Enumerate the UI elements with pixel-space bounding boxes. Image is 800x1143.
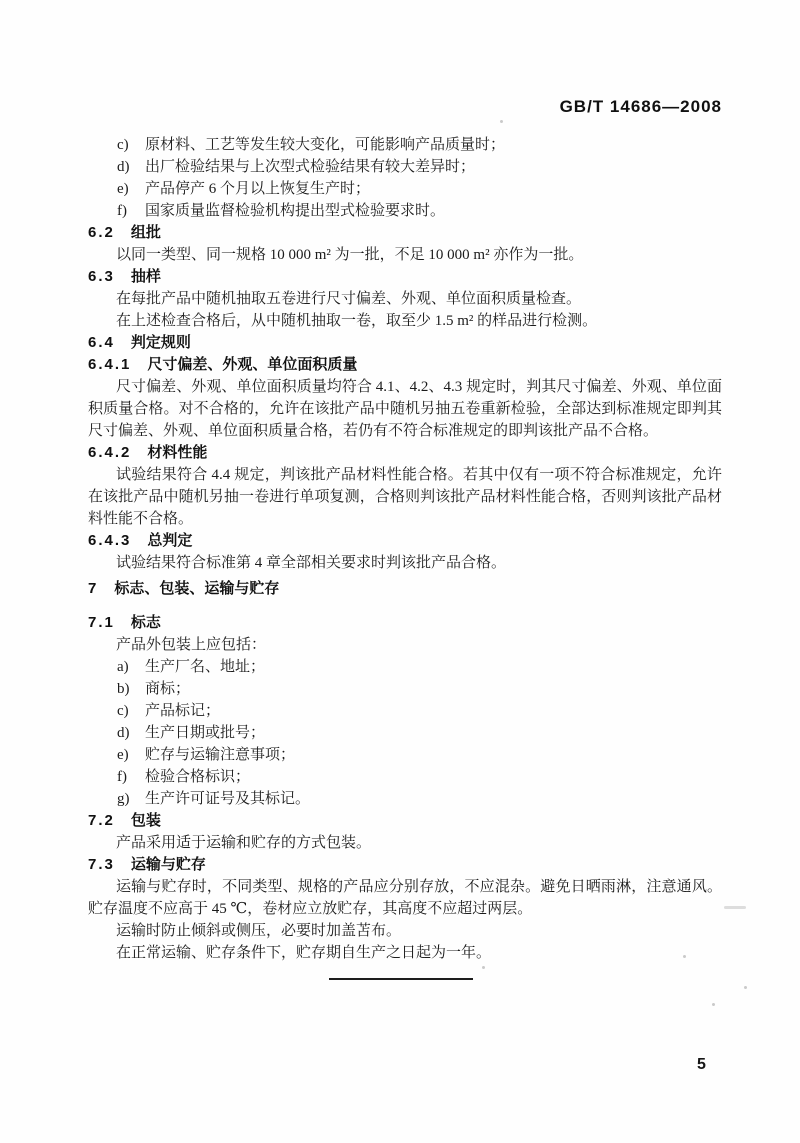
paragraph: 试验结果符合标准第 4 章全部相关要求时判该批产品合格。 (88, 552, 722, 574)
list-marker: c) (117, 700, 145, 722)
section-number: 6.2 (88, 222, 115, 244)
list-item-text: 检验合格标识； (145, 769, 250, 785)
section-title: 包装 (131, 812, 161, 829)
list-marker: b) (117, 678, 145, 700)
list-marker: d) (117, 722, 145, 744)
list-marker: g) (117, 788, 145, 810)
list-item: a)生产厂名、地址； (88, 656, 722, 678)
list-item-text: 出厂检验结果与上次型式检验结果有较大差异时； (145, 159, 475, 175)
page-header: GB/T 14686—2008 (88, 97, 722, 117)
section-heading-7-2: 7.2包装 (88, 810, 722, 832)
section-title: 判定规则 (131, 334, 191, 351)
scan-speck (744, 986, 747, 989)
list-item-text: 生产许可证号及其标记。 (145, 791, 310, 807)
list-item: f)检验合格标识； (88, 766, 722, 788)
section-number: 7.2 (88, 810, 115, 832)
section-number: 7.3 (88, 854, 115, 876)
paragraph: 试验结果符合 4.4 规定，判该批产品材料性能合格。若其中仅有一项不符合标准规定… (88, 464, 722, 530)
section-heading-7-3: 7.3运输与贮存 (88, 854, 722, 876)
section-heading-7: 7标志、包装、运输与贮存 (88, 578, 722, 600)
list-marker: f) (117, 200, 145, 222)
list-marker: e) (117, 744, 145, 766)
scan-speck (172, 251, 175, 254)
scan-speck (712, 1003, 715, 1006)
paragraph: 尺寸偏差、外观、单位面积质量均符合 4.1、4.2、4.3 规定时，判其尺寸偏差… (88, 376, 722, 442)
list-item-text: 国家质量监督检验机构提出型式检验要求时。 (145, 203, 445, 219)
section-number: 7.1 (88, 612, 115, 634)
paragraph: 在每批产品中随机抽取五卷进行尺寸偏差、外观、单位面积质量检查。 (88, 288, 722, 310)
list-item: f)国家质量监督检验机构提出型式检验要求时。 (88, 200, 722, 222)
list-item-text: 产品标记； (145, 703, 220, 719)
section-title: 总判定 (147, 532, 192, 549)
paragraph: 运输与贮存时，不同类型、规格的产品应分别存放，不应混杂。避免日晒雨淋，注意通风。… (88, 876, 722, 920)
section-number: 6.4.3 (88, 530, 131, 552)
list-marker: e) (117, 178, 145, 200)
section-title: 组批 (131, 224, 161, 241)
section-heading-6-4-3: 6.4.3总判定 (88, 530, 722, 552)
scan-speck (683, 955, 686, 958)
section-title: 标志、包装、运输与贮存 (114, 580, 279, 597)
list-item-text: 商标； (145, 681, 190, 697)
list-marker: f) (117, 766, 145, 788)
list-item: d)出厂检验结果与上次型式检验结果有较大差异时； (88, 156, 722, 178)
section-heading-6-2: 6.2组批 (88, 222, 722, 244)
list-item-text: 生产厂名、地址； (145, 659, 265, 675)
scan-smudge (724, 906, 746, 909)
section-title: 尺寸偏差、外观、单位面积质量 (147, 356, 357, 373)
list-item: g)生产许可证号及其标记。 (88, 788, 722, 810)
section-heading-6-4-1: 6.4.1尺寸偏差、外观、单位面积质量 (88, 354, 722, 376)
paragraph: 运输时防止倾斜或侧压，必要时加盖苫布。 (88, 920, 722, 942)
list-item: e)产品停产 6 个月以上恢复生产时； (88, 178, 722, 200)
list-item-text: 原材料、工艺等发生较大变化，可能影响产品质量时； (145, 137, 505, 153)
standard-number: GB/T 14686—2008 (560, 97, 722, 116)
paragraph: 以同一类型、同一规格 10 000 m² 为一批，不足 10 000 m² 亦作… (88, 244, 722, 266)
list-item-text: 贮存与运输注意事项； (145, 747, 295, 763)
section-number: 6.3 (88, 266, 115, 288)
scan-speck (482, 966, 485, 969)
section-number: 6.4.2 (88, 442, 131, 464)
section-number: 6.4.1 (88, 354, 131, 376)
list-item-text: 产品停产 6 个月以上恢复生产时； (145, 181, 370, 197)
list-marker: c) (117, 134, 145, 156)
list-item: c)原材料、工艺等发生较大变化，可能影响产品质量时； (88, 134, 722, 156)
section-heading-6-3: 6.3抽样 (88, 266, 722, 288)
scan-speck (500, 120, 503, 123)
list-item: b)商标； (88, 678, 722, 700)
page-number: 5 (697, 1056, 706, 1074)
list-item: c)产品标记； (88, 700, 722, 722)
section-number: 6.4 (88, 332, 115, 354)
list-item: e)贮存与运输注意事项； (88, 744, 722, 766)
paragraph: 产品外包装上应包括： (88, 634, 722, 656)
section-heading-6-4: 6.4判定规则 (88, 332, 722, 354)
paragraph: 在上述检查合格后，从中随机抽取一卷，取至少 1.5 m² 的样品进行检测。 (88, 310, 722, 332)
paragraph: 在正常运输、贮存条件下，贮存期自生产之日起为一年。 (88, 942, 722, 964)
list-marker: d) (117, 156, 145, 178)
scan-speck (177, 953, 180, 956)
list-item: d)生产日期或批号； (88, 722, 722, 744)
section-heading-7-1: 7.1标志 (88, 612, 722, 634)
section-title: 标志 (131, 614, 161, 631)
scanned-standard-page: GB/T 14686—2008 c)原材料、工艺等发生较大变化，可能影响产品质量… (0, 0, 800, 1143)
list-item-text: 生产日期或批号； (145, 725, 265, 741)
list-marker: a) (117, 656, 145, 678)
section-heading-6-4-2: 6.4.2材料性能 (88, 442, 722, 464)
paragraph: 产品采用适于运输和贮存的方式包装。 (88, 832, 722, 854)
section-title: 材料性能 (147, 444, 207, 461)
section-title: 抽样 (131, 268, 161, 285)
section-title: 运输与贮存 (131, 856, 206, 873)
section-number: 7 (88, 578, 98, 600)
document-content: c)原材料、工艺等发生较大变化，可能影响产品质量时； d)出厂检验结果与上次型式… (88, 134, 722, 964)
footer-rule (329, 978, 473, 980)
